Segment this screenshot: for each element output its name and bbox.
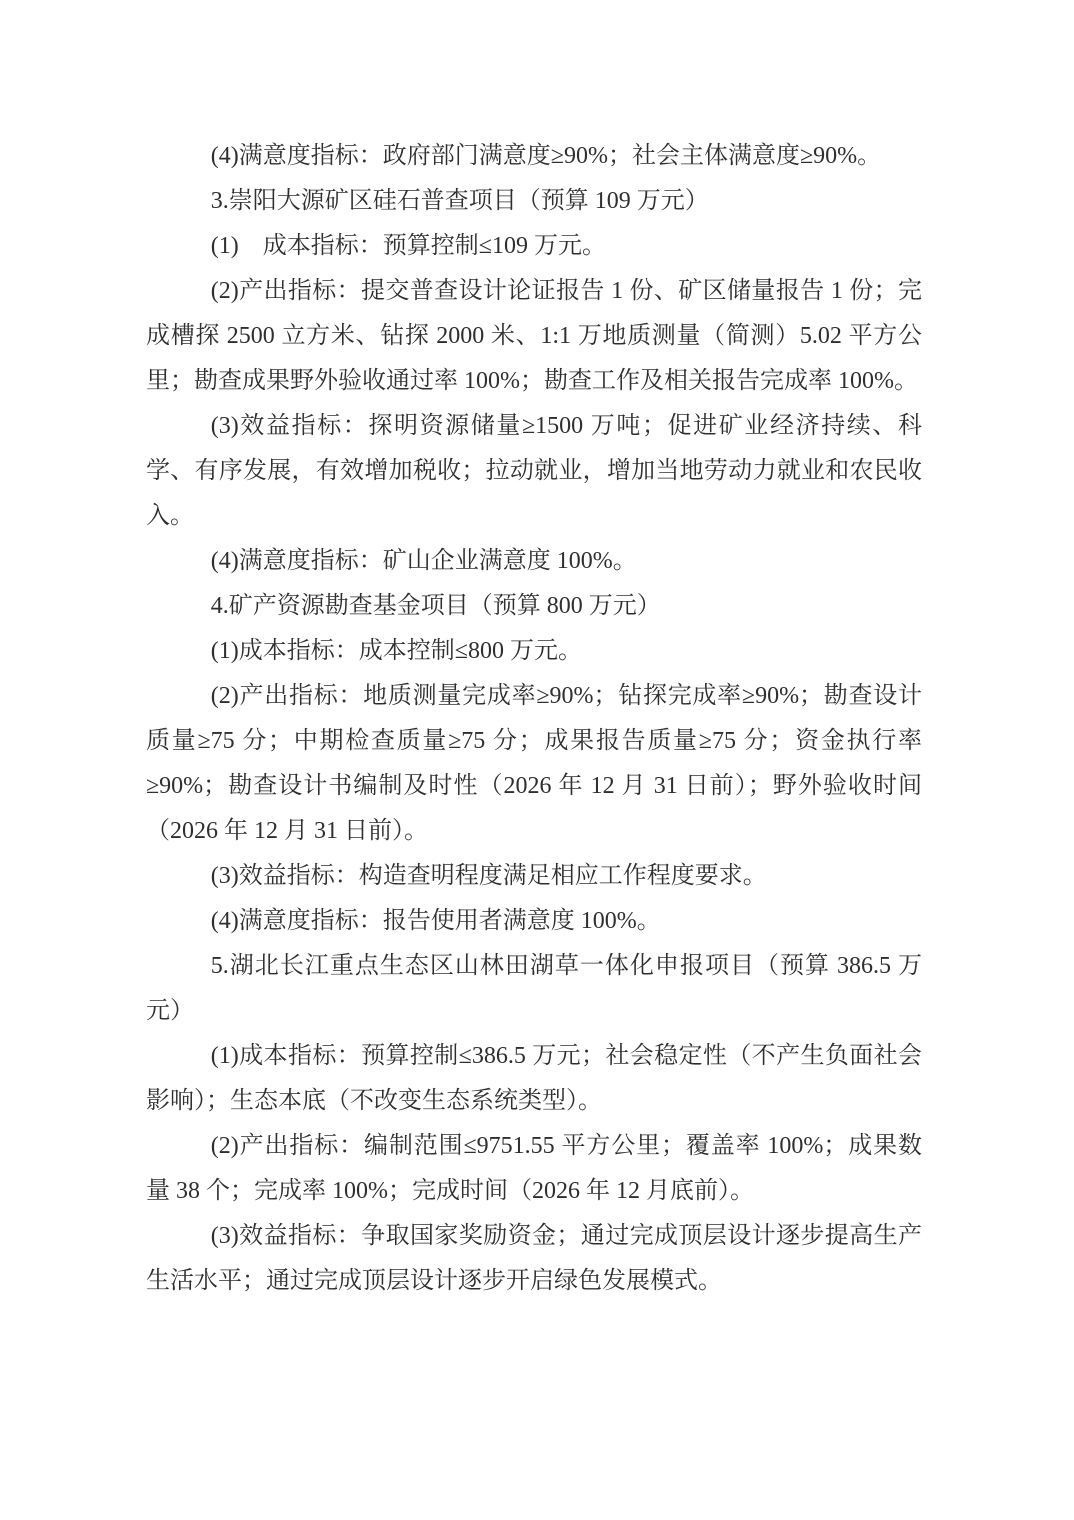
para-project3-cost-indicator: (1) 成本指标：预算控制≤109 万元。	[146, 224, 922, 269]
para-project4-satisfaction-indicator: (4)满意度指标：报告使用者满意度 100%。	[146, 899, 922, 944]
para-project5-cost-indicator: (1)成本指标：预算控制≤386.5 万元；社会稳定性（不产生负面社会影响）；生…	[146, 1034, 922, 1124]
para-project2-satisfaction-indicator: (4)满意度指标：政府部门满意度≥90%；社会主体满意度≥90%。	[146, 134, 922, 179]
para-project3-benefit-indicator: (3)效益指标：探明资源储量≥1500 万吨；促进矿业经济持续、科学、有序发展，…	[146, 404, 922, 539]
para-project3-satisfaction-indicator: (4)满意度指标：矿山企业满意度 100%。	[146, 539, 922, 584]
para-project3-output-indicator: (2)产出指标：提交普查设计论证报告 1 份、矿区储量报告 1 份；完成槽探 2…	[146, 269, 922, 404]
para-project4-cost-indicator: (1)成本指标：成本控制≤800 万元。	[146, 629, 922, 674]
para-project4-title: 4.矿产资源勘查基金项目（预算 800 万元）	[146, 584, 922, 629]
para-project5-benefit-indicator: (3)效益指标：争取国家奖励资金；通过完成顶层设计逐步提高生产生活水平；通过完成…	[146, 1214, 922, 1304]
para-project4-benefit-indicator: (3)效益指标：构造查明程度满足相应工作程度要求。	[146, 854, 922, 899]
document-page: (4)满意度指标：政府部门满意度≥90%；社会主体满意度≥90%。 3.崇阳大源…	[0, 0, 1074, 1520]
para-project5-output-indicator: (2)产出指标：编制范围≤9751.55 平方公里；覆盖率 100%；成果数量 …	[146, 1124, 922, 1214]
para-project5-title: 5.湖北长江重点生态区山林田湖草一体化申报项目（预算 386.5 万元）	[146, 944, 922, 1034]
para-project3-title: 3.崇阳大源矿区硅石普查项目（预算 109 万元）	[146, 179, 922, 224]
para-project4-output-indicator: (2)产出指标：地质测量完成率≥90%；钻探完成率≥90%；勘查设计质量≥75 …	[146, 674, 922, 854]
